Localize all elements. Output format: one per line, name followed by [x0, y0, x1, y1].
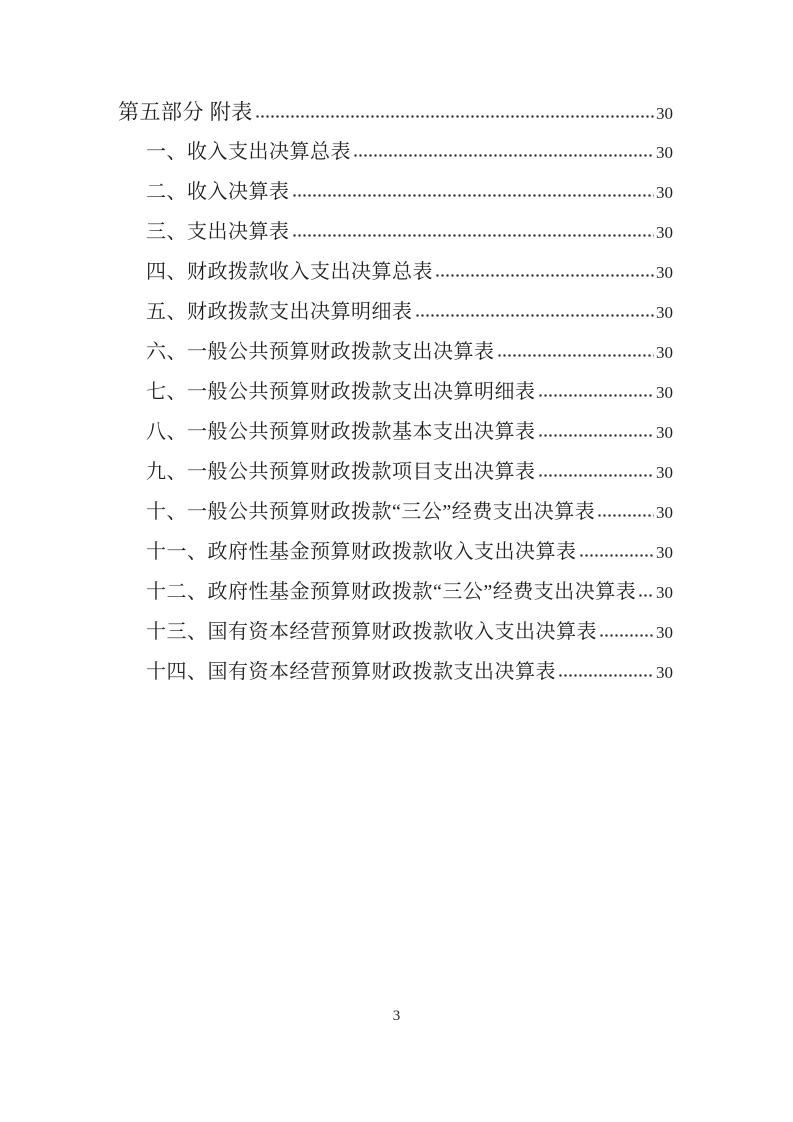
toc-entry-page: 30 [656, 133, 673, 173]
toc-entry-label: 十、一般公共预算财政拨款“三公”经费支出决算表 [146, 492, 595, 532]
dot-leader [597, 513, 654, 518]
toc-entry-page: 30 [656, 253, 673, 293]
dot-leader [255, 114, 654, 119]
toc-entry-page: 30 [656, 493, 673, 533]
dot-leader [638, 593, 654, 598]
toc-entry: 十四、国有资本经营预算财政拨款支出决算表 30 [118, 652, 673, 692]
dot-leader [538, 393, 655, 398]
toc-entry-label: 十四、国有资本经营预算财政拨款支出决算表 [146, 652, 556, 692]
toc-entry: 九、一般公共预算财政拨款项目支出决算表 30 [118, 452, 673, 492]
toc-entry-page: 30 [656, 653, 673, 693]
toc-entry: 七、一般公共预算财政拨款支出决算明细表 30 [118, 372, 673, 412]
toc-entry-label: 五、财政拨款支出决算明细表 [146, 292, 413, 332]
toc-entry-label: 十三、国有资本经营预算财政拨款收入支出决算表 [146, 612, 597, 652]
document-page: 第五部分 附表 30 一、收入支出决算总表 30 二、收入决算表 30 三、支出… [0, 0, 793, 1122]
footer-page-number: 3 [0, 1008, 793, 1025]
toc-entry: 十三、国有资本经营预算财政拨款收入支出决算表 30 [118, 612, 673, 652]
toc-entry: 六、一般公共预算财政拨款支出决算表 30 [118, 332, 673, 372]
toc-entry-label: 十一、政府性基金预算财政拨款收入支出决算表 [146, 532, 577, 572]
dot-leader [353, 153, 654, 158]
toc: 第五部分 附表 30 一、收入支出决算总表 30 二、收入决算表 30 三、支出… [118, 92, 673, 692]
toc-entry-page: 30 [656, 373, 673, 413]
toc-entry-label: 一、收入支出决算总表 [146, 132, 351, 172]
toc-entry-label: 四、财政拨款收入支出决算总表 [146, 252, 433, 292]
toc-entry-page: 30 [656, 213, 673, 253]
dot-leader [599, 633, 654, 638]
dot-leader [558, 673, 654, 678]
toc-entry: 十一、政府性基金预算财政拨款收入支出决算表 30 [118, 532, 673, 572]
toc-entry: 四、财政拨款收入支出决算总表 30 [118, 252, 673, 292]
toc-entry: 八、一般公共预算财政拨款基本支出决算表 30 [118, 412, 673, 452]
dot-leader [292, 233, 655, 238]
toc-entry-label: 三、支出决算表 [146, 212, 290, 252]
toc-entry: 十二、政府性基金预算财政拨款“三公”经费支出决算表 30 [118, 572, 673, 612]
toc-entry: 一、收入支出决算总表 30 [118, 132, 673, 172]
toc-entry-page: 30 [656, 613, 673, 653]
toc-entry: 二、收入决算表 30 [118, 172, 673, 212]
toc-entry-page: 30 [656, 173, 673, 213]
toc-entry: 五、财政拨款支出决算明细表 30 [118, 292, 673, 332]
dot-leader [497, 353, 655, 358]
toc-entry: 三、支出决算表 30 [118, 212, 673, 252]
toc-entry-page: 30 [656, 453, 673, 493]
toc-entry: 十、一般公共预算财政拨款“三公”经费支出决算表 30 [118, 492, 673, 532]
dot-leader [538, 473, 655, 478]
dot-leader [435, 273, 654, 278]
toc-entry-page: 30 [656, 413, 673, 453]
toc-entry-label: 八、一般公共预算财政拨款基本支出决算表 [146, 412, 536, 452]
toc-entry-label: 六、一般公共预算财政拨款支出决算表 [146, 332, 495, 372]
toc-entry-label: 第五部分 附表 [118, 92, 253, 132]
toc-entry-label: 十二、政府性基金预算财政拨款“三公”经费支出决算表 [146, 572, 636, 612]
dot-leader [538, 433, 655, 438]
toc-entry-page: 30 [656, 573, 673, 613]
toc-entry-page: 30 [656, 293, 673, 333]
dot-leader [415, 313, 655, 318]
toc-entry-page: 30 [656, 94, 673, 134]
toc-entry-label: 七、一般公共预算财政拨款支出决算明细表 [146, 372, 536, 412]
toc-entry-label: 九、一般公共预算财政拨款项目支出决算表 [146, 452, 536, 492]
dot-leader [579, 553, 655, 558]
toc-entry-page: 30 [656, 333, 673, 373]
toc-entry: 第五部分 附表 30 [118, 92, 673, 132]
toc-entry-page: 30 [656, 533, 673, 573]
toc-entry-label: 二、收入决算表 [146, 172, 290, 212]
dot-leader [292, 193, 655, 198]
